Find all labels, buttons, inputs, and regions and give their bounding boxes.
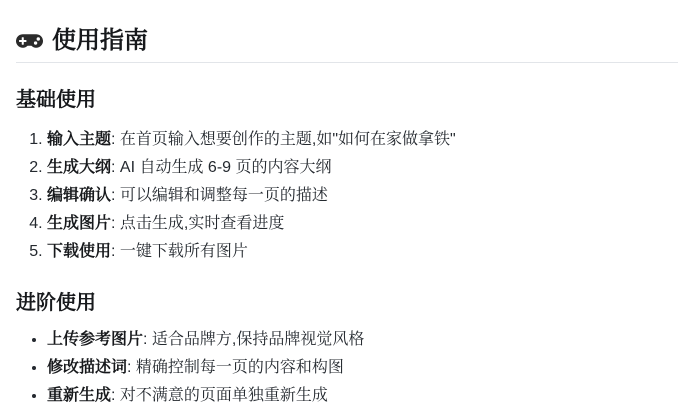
section-heading-basic: 基础使用 xyxy=(16,88,678,113)
list-item-term: 修改描述词 xyxy=(47,359,127,376)
list-item: 生成大纲: AI 自动生成 6-9 页的内容大纲 xyxy=(47,154,678,182)
list-item: 下载使用: 一键下载所有图片 xyxy=(47,238,678,266)
list-item-term: 编辑确认 xyxy=(47,187,111,204)
list-item: 输入主题: 在首页输入想要创作的主题,如"如何在家做拿铁" xyxy=(47,126,678,154)
page-title-text: 使用指南 xyxy=(52,28,148,53)
list-item-term: 上传参考图片 xyxy=(47,331,143,348)
usage-guide-document: 使用指南 基础使用 输入主题: 在首页输入想要创作的主题,如"如何在家做拿铁" … xyxy=(0,0,692,410)
page-title: 使用指南 xyxy=(16,28,678,53)
title-divider xyxy=(16,62,678,63)
list-item-desc: : 在首页输入想要创作的主题,如"如何在家做拿铁" xyxy=(111,131,456,148)
list-item: 生成图片: 点击生成,实时查看进度 xyxy=(47,210,678,238)
list-item-term: 生成大纲 xyxy=(47,159,111,176)
basic-usage-list: 输入主题: 在首页输入想要创作的主题,如"如何在家做拿铁" 生成大纲: AI 自… xyxy=(16,126,678,266)
section-heading-advanced: 进阶使用 xyxy=(16,291,678,316)
list-item-desc: : 对不满意的页面单独重新生成 xyxy=(111,387,328,404)
list-item-desc: : AI 自动生成 6-9 页的内容大纲 xyxy=(111,159,331,176)
list-item: 编辑确认: 可以编辑和调整每一页的描述 xyxy=(47,182,678,210)
list-item-desc: : 精确控制每一页的内容和构图 xyxy=(127,359,344,376)
list-item: 重新生成: 对不满意的页面单独重新生成 xyxy=(47,382,678,410)
list-item: 修改描述词: 精确控制每一页的内容和构图 xyxy=(47,354,678,382)
list-item: 上传参考图片: 适合品牌方,保持品牌视觉风格 xyxy=(47,326,678,354)
advanced-usage-list: 上传参考图片: 适合品牌方,保持品牌视觉风格 修改描述词: 精确控制每一页的内容… xyxy=(16,326,678,410)
list-item-desc: : 一键下载所有图片 xyxy=(111,243,248,260)
list-item-term: 下载使用 xyxy=(47,243,111,260)
list-item-desc: : 适合品牌方,保持品牌视觉风格 xyxy=(143,331,364,348)
list-item-term: 输入主题 xyxy=(47,131,111,148)
gamepad-icon xyxy=(16,30,43,52)
list-item-term: 生成图片 xyxy=(47,215,111,232)
list-item-desc: : 点击生成,实时查看进度 xyxy=(111,215,284,232)
list-item-term: 重新生成 xyxy=(47,387,111,404)
list-item-desc: : 可以编辑和调整每一页的描述 xyxy=(111,187,328,204)
